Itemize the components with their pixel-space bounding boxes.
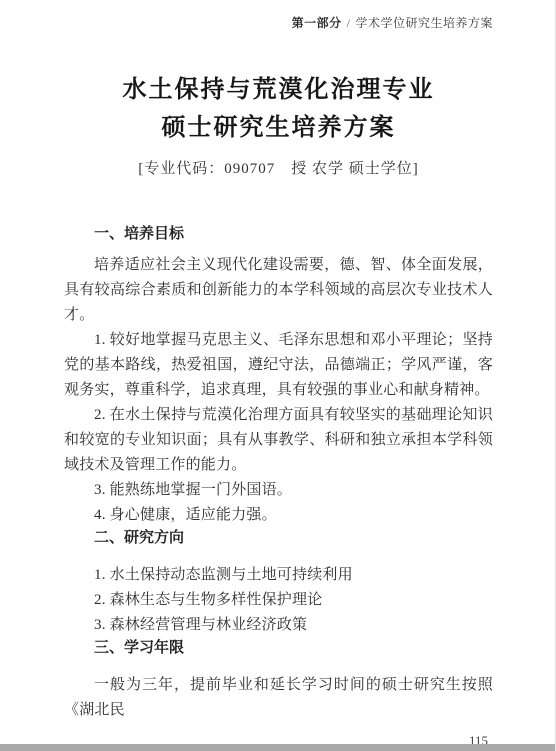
- research-direction-item: 1. 水土保持动态监测与土地可持续利用: [64, 563, 493, 588]
- body-paragraph: 3. 能熟练地掌握一门外国语。: [64, 478, 493, 503]
- page-bottom-edge: [0, 744, 555, 751]
- document-page: 第一部分 / 学术学位研究生培养方案 水土保持与荒漠化治理专业 硕士研究生培养方…: [0, 0, 556, 751]
- body-paragraph: 1. 较好地掌握马克思主义、毛泽东思想和邓小平理论；坚持党的基本路线，热爱祖国，…: [64, 328, 493, 403]
- research-direction-item: 2. 森林生态与生物多样性保护理论: [64, 588, 493, 613]
- document-title-line2: 硕士研究生培养方案: [64, 109, 493, 147]
- document-title-line1: 水土保持与荒漠化治理专业: [64, 71, 493, 109]
- body-paragraph: 一般为三年，提前毕业和延长学习时间的硕士研究生按照《湖北民: [64, 673, 493, 723]
- running-head-title: 学术学位研究生培养方案: [355, 15, 493, 31]
- major-code-subtitle: [专业代码：090707 授 农学 硕士学位]: [64, 157, 493, 181]
- section-research-directions: 二、研究方向 1. 水土保持动态监测与土地可持续利用 2. 森林生态与生物多样性…: [64, 525, 493, 638]
- body-paragraph: 培养适应社会主义现代化建设需要，德、智、体全面发展，具有较高综合素质和创新能力的…: [64, 253, 493, 328]
- running-head-separator: /: [347, 15, 351, 31]
- running-head: 第一部分 / 学术学位研究生培养方案: [64, 15, 493, 31]
- section-heading: 三、学习年限: [64, 635, 493, 660]
- page-content: 第一部分 / 学术学位研究生培养方案 水土保持与荒漠化治理专业 硕士研究生培养方…: [0, 0, 555, 750]
- section-heading: 二、研究方向: [64, 525, 493, 550]
- body-paragraph: 2. 在水土保持与荒漠化治理方面具有较坚实的基础理论知识和较宽的专业知识面；具有…: [64, 403, 493, 478]
- section-training-objectives: 一、培养目标 培养适应社会主义现代化建设需要，德、智、体全面发展，具有较高综合素…: [64, 221, 493, 528]
- running-head-part-label: 第一部分: [292, 15, 342, 31]
- section-heading: 一、培养目标: [64, 221, 493, 246]
- document-title: 水土保持与荒漠化治理专业 硕士研究生培养方案: [64, 71, 493, 147]
- section-study-duration: 三、学习年限 一般为三年，提前毕业和延长学习时间的硕士研究生按照《湖北民: [64, 635, 493, 723]
